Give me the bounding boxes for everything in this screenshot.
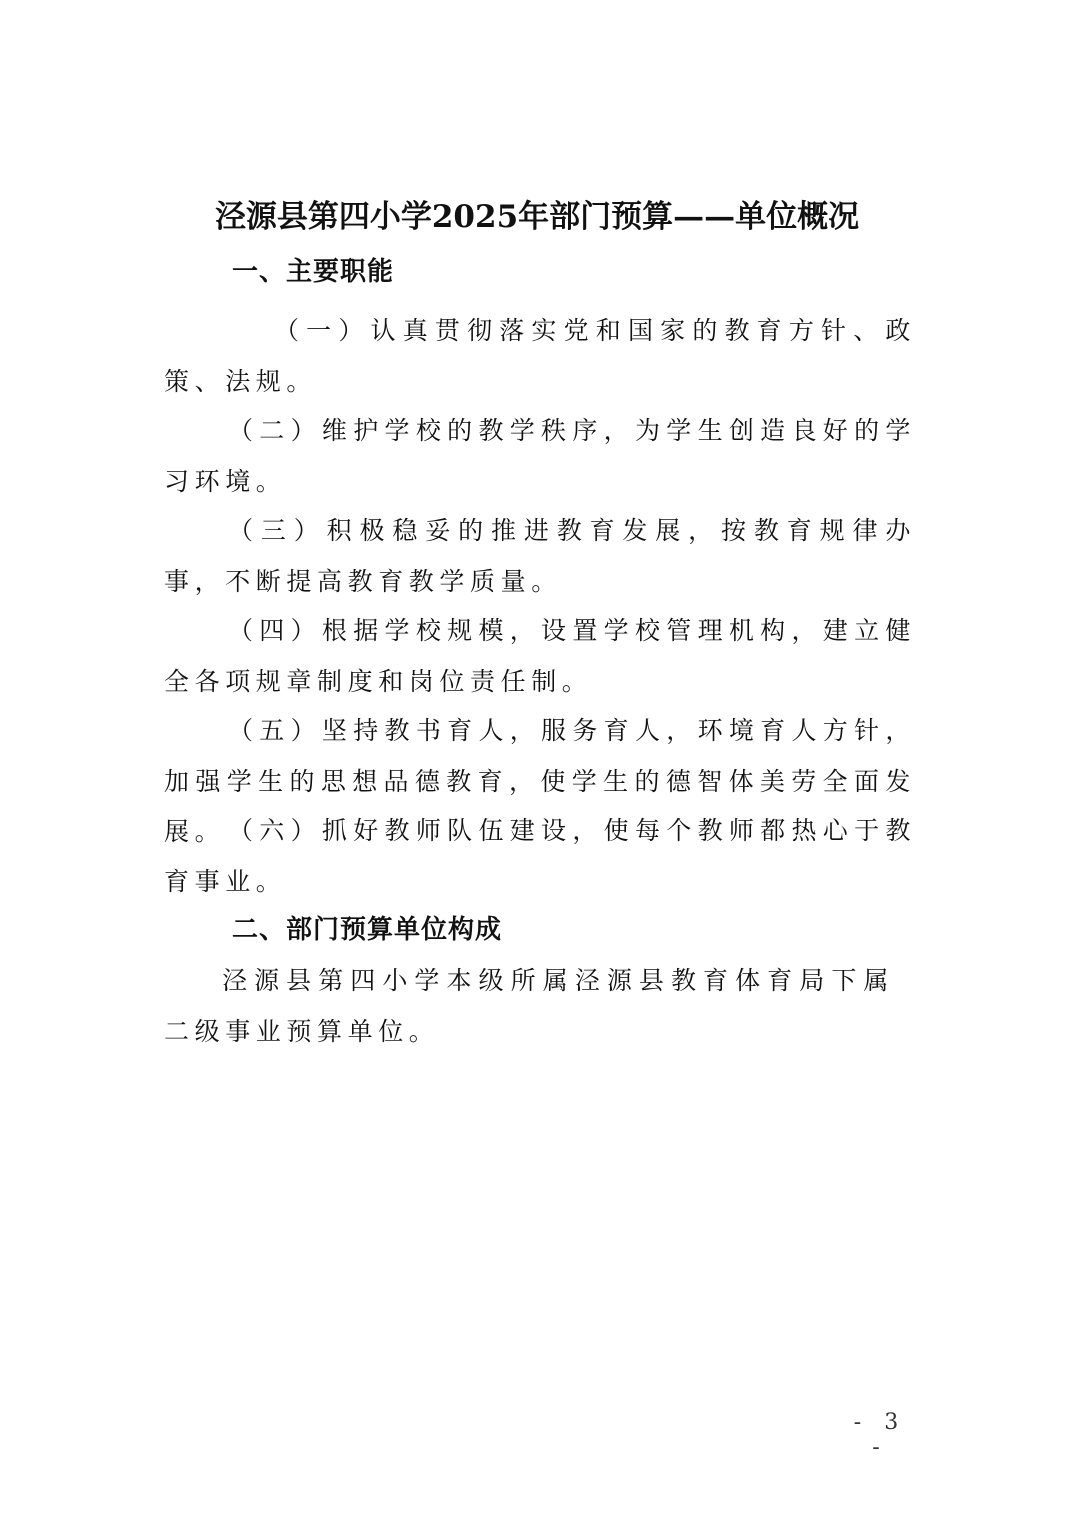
document-page: 泾源县第四小学2025年部门预算——单位概况 一、主要职能 （一）认真贯彻落实党… bbox=[0, 0, 1074, 1520]
document-title: 泾源县第四小学2025年部门预算——单位概况 bbox=[0, 192, 1074, 242]
page-number: - 3 - bbox=[840, 1410, 920, 1460]
paragraph-function-6: （六）抓好教师队伍建设，使每个教师都热心于教育事业。 bbox=[164, 806, 916, 907]
section-heading-unit-composition: 二、部门预算单位构成 bbox=[232, 910, 502, 950]
paragraph-function-1: （一）认真贯彻落实党和国家的教育方针、政策、法规。 bbox=[164, 306, 916, 407]
paragraph-function-4: （四）根据学校规模，设置学校管理机构，建立健全各项规章制度和岗位责任制。 bbox=[164, 606, 916, 707]
paragraph-function-2: （二）维护学校的教学秩序，为学生创造良好的学习环境。 bbox=[164, 406, 916, 507]
paragraph-function-3: （三）积极稳妥的推进教育发展，按教育规律办事，不断提高教育教学质量。 bbox=[164, 506, 916, 607]
section-heading-main-functions: 一、主要职能 bbox=[232, 252, 394, 292]
paragraph-unit-composition: 泾源县第四小学本级所属泾源县教育体育局下属二级事业预算单位。 bbox=[164, 956, 894, 1057]
